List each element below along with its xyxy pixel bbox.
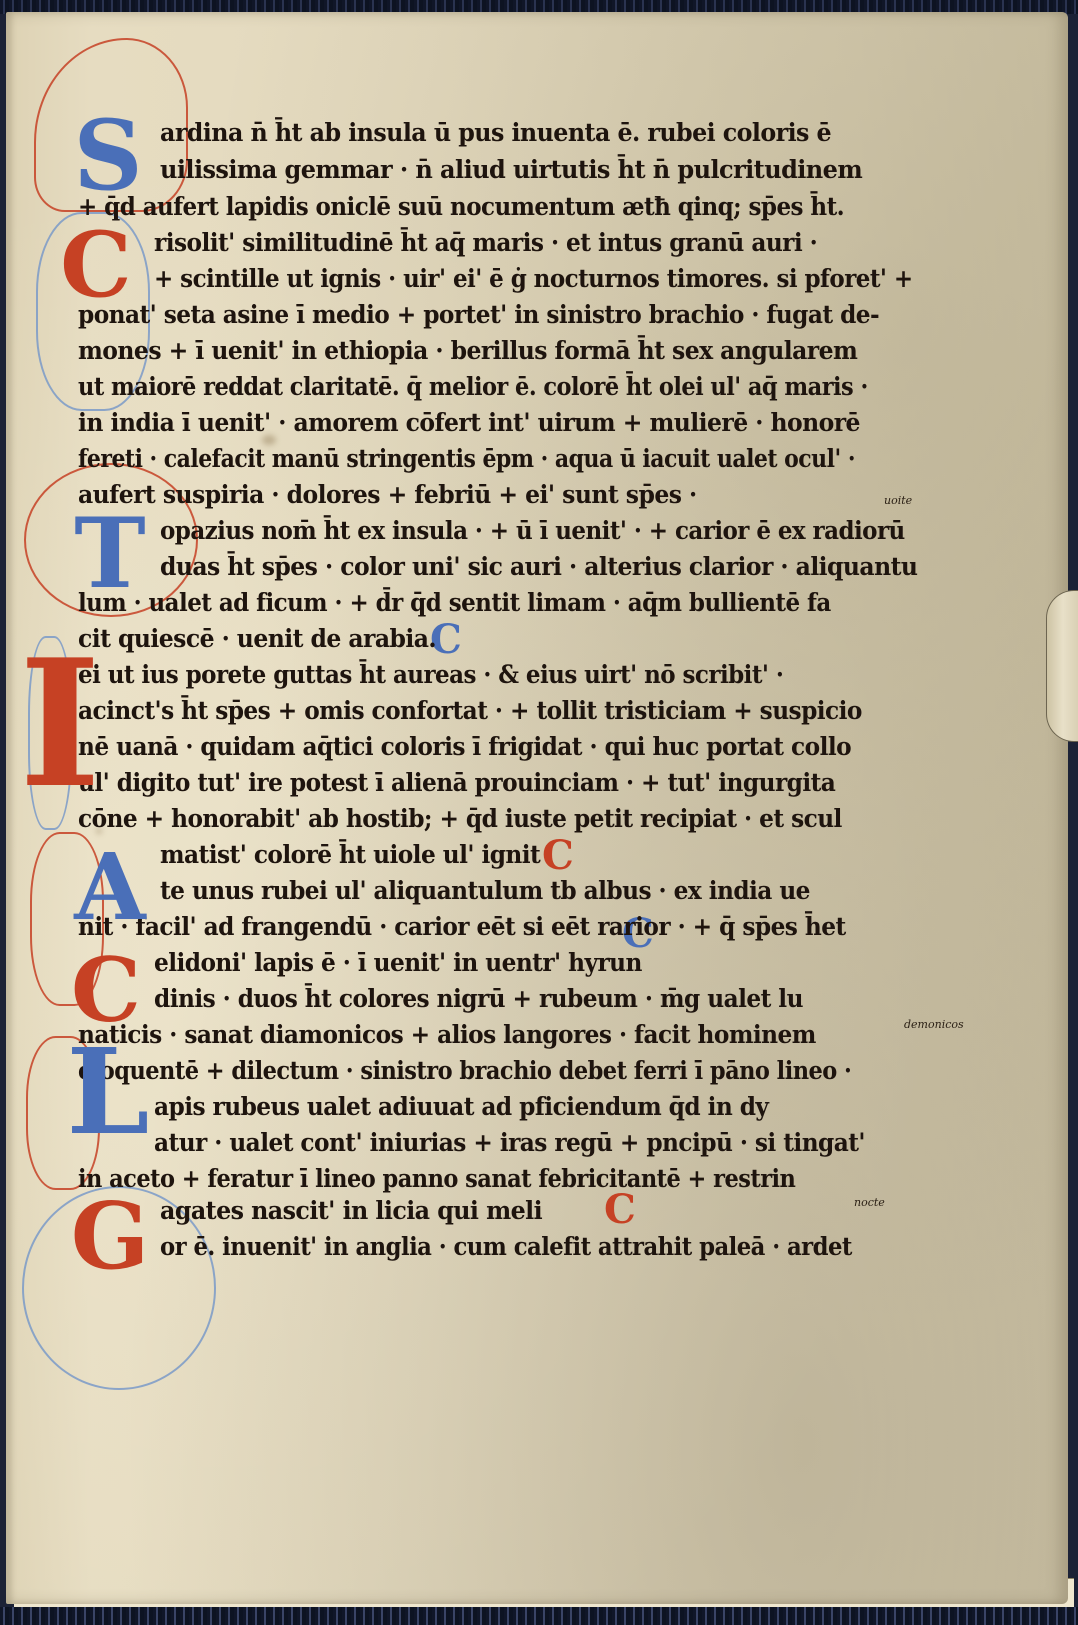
text-line: ponat' seta asine ī medio + portet' in s… bbox=[78, 300, 879, 330]
text-line: ardina n̄ h̄t ab insula ū pus inuenta ē.… bbox=[160, 118, 831, 148]
text-line: cit quiescē · uenit de arabia. bbox=[78, 624, 436, 654]
text-line: opazius nom̄ h̄t ex insula · + ū ī uenit… bbox=[160, 516, 905, 546]
text-line: te unus rubei ul' aliquantulum tb albus … bbox=[160, 876, 810, 906]
inline-cap-red-3: C bbox=[604, 1190, 636, 1230]
text-line: + q̄d aufert lapidis oniclē suū nocument… bbox=[78, 192, 844, 222]
text-line: agates nascit' in licia qui meli bbox=[160, 1196, 542, 1226]
text-line: matist' colorē h̄t uiole ul' ignit bbox=[160, 840, 540, 870]
text-line: aufert suspiria · dolores + febriū + ei'… bbox=[78, 480, 697, 510]
text-line: mones + ī uenit' in ethiopia · berillus … bbox=[78, 336, 857, 366]
text-line: atur · ualet cont' iniurias + iras regū … bbox=[154, 1128, 865, 1158]
initial-A-amatistus: A bbox=[70, 842, 150, 932]
initial-L-lapis-rubeus: L bbox=[66, 1036, 150, 1148]
text-line: ei ut ius porete guttas h̄t aureas · & e… bbox=[78, 660, 783, 690]
initial-T-topazius: T bbox=[64, 508, 156, 600]
text-line: risolit' similitudinē h̄t aq̄ maris · et… bbox=[154, 228, 817, 258]
text-line: fereti · calefacit manū stringentis ēpm … bbox=[78, 444, 855, 474]
text-line: in aceto + feratur ī lineo panno sanat f… bbox=[78, 1164, 795, 1194]
text-line: or ē. inuenit' in anglia · cum calefit a… bbox=[160, 1232, 852, 1262]
initial-G-gagates: G bbox=[62, 1196, 158, 1276]
initial-I-iacinctus: I bbox=[40, 636, 80, 812]
text-line: cōne + honorabit' ab hostib; + q̄d iuste… bbox=[78, 804, 842, 834]
text-line: duas h̄t sp̄es · color uni' sic auri · a… bbox=[160, 552, 917, 582]
text-line: naticis · sanat diamonicos + alios lango… bbox=[78, 1020, 816, 1050]
text-line: ut maiorē reddat claritatē. q̄ melior ē.… bbox=[78, 372, 868, 402]
text-line: in india ī uenit' · amorem cōfert int' u… bbox=[78, 408, 860, 438]
book-binding-bottom bbox=[0, 1607, 1078, 1625]
text-line: nē uanā · quidam aq̄tici coloris ī frigi… bbox=[78, 732, 851, 762]
text-line: nit · facil' ad frangendū · carior eēt s… bbox=[78, 912, 846, 942]
initial-S-sardina: S bbox=[62, 108, 154, 204]
text-line: + scintille ut ignis · uir' ei' ē ġ noct… bbox=[154, 264, 913, 294]
page-tab bbox=[1046, 590, 1078, 742]
initial-C-crisolitus: C bbox=[56, 222, 136, 308]
initial-C-celidonius: C bbox=[64, 950, 148, 1030]
text-line: ul' digito tut' ire potest ī alienā prou… bbox=[78, 768, 835, 798]
marginal-note: nocte bbox=[854, 1196, 885, 1209]
text-line: apis rubeus ualet adiuuat ad pficiendum … bbox=[154, 1092, 768, 1122]
marginal-note: uoite bbox=[884, 494, 912, 507]
marginal-note: demonicos bbox=[904, 1018, 964, 1031]
text-line: eloquentē + dilectum · sinistro brachio … bbox=[78, 1056, 851, 1086]
text-line: lum · ualet ad ficum · + d̄r q̄d sentit … bbox=[78, 588, 831, 618]
text-line: elidoni' lapis ē · ī uenit' in uentr' hy… bbox=[154, 948, 642, 978]
text-line: acinct's h̄t sp̄es + omis confortat · + … bbox=[78, 696, 862, 726]
inline-cap-red-1: C bbox=[542, 836, 574, 876]
text-line: dinis · duos h̄t colores nigrū + rubeum … bbox=[154, 984, 803, 1014]
text-line: uilissima gemmar · n̄ aliud uirtutis h̄t… bbox=[160, 155, 862, 185]
